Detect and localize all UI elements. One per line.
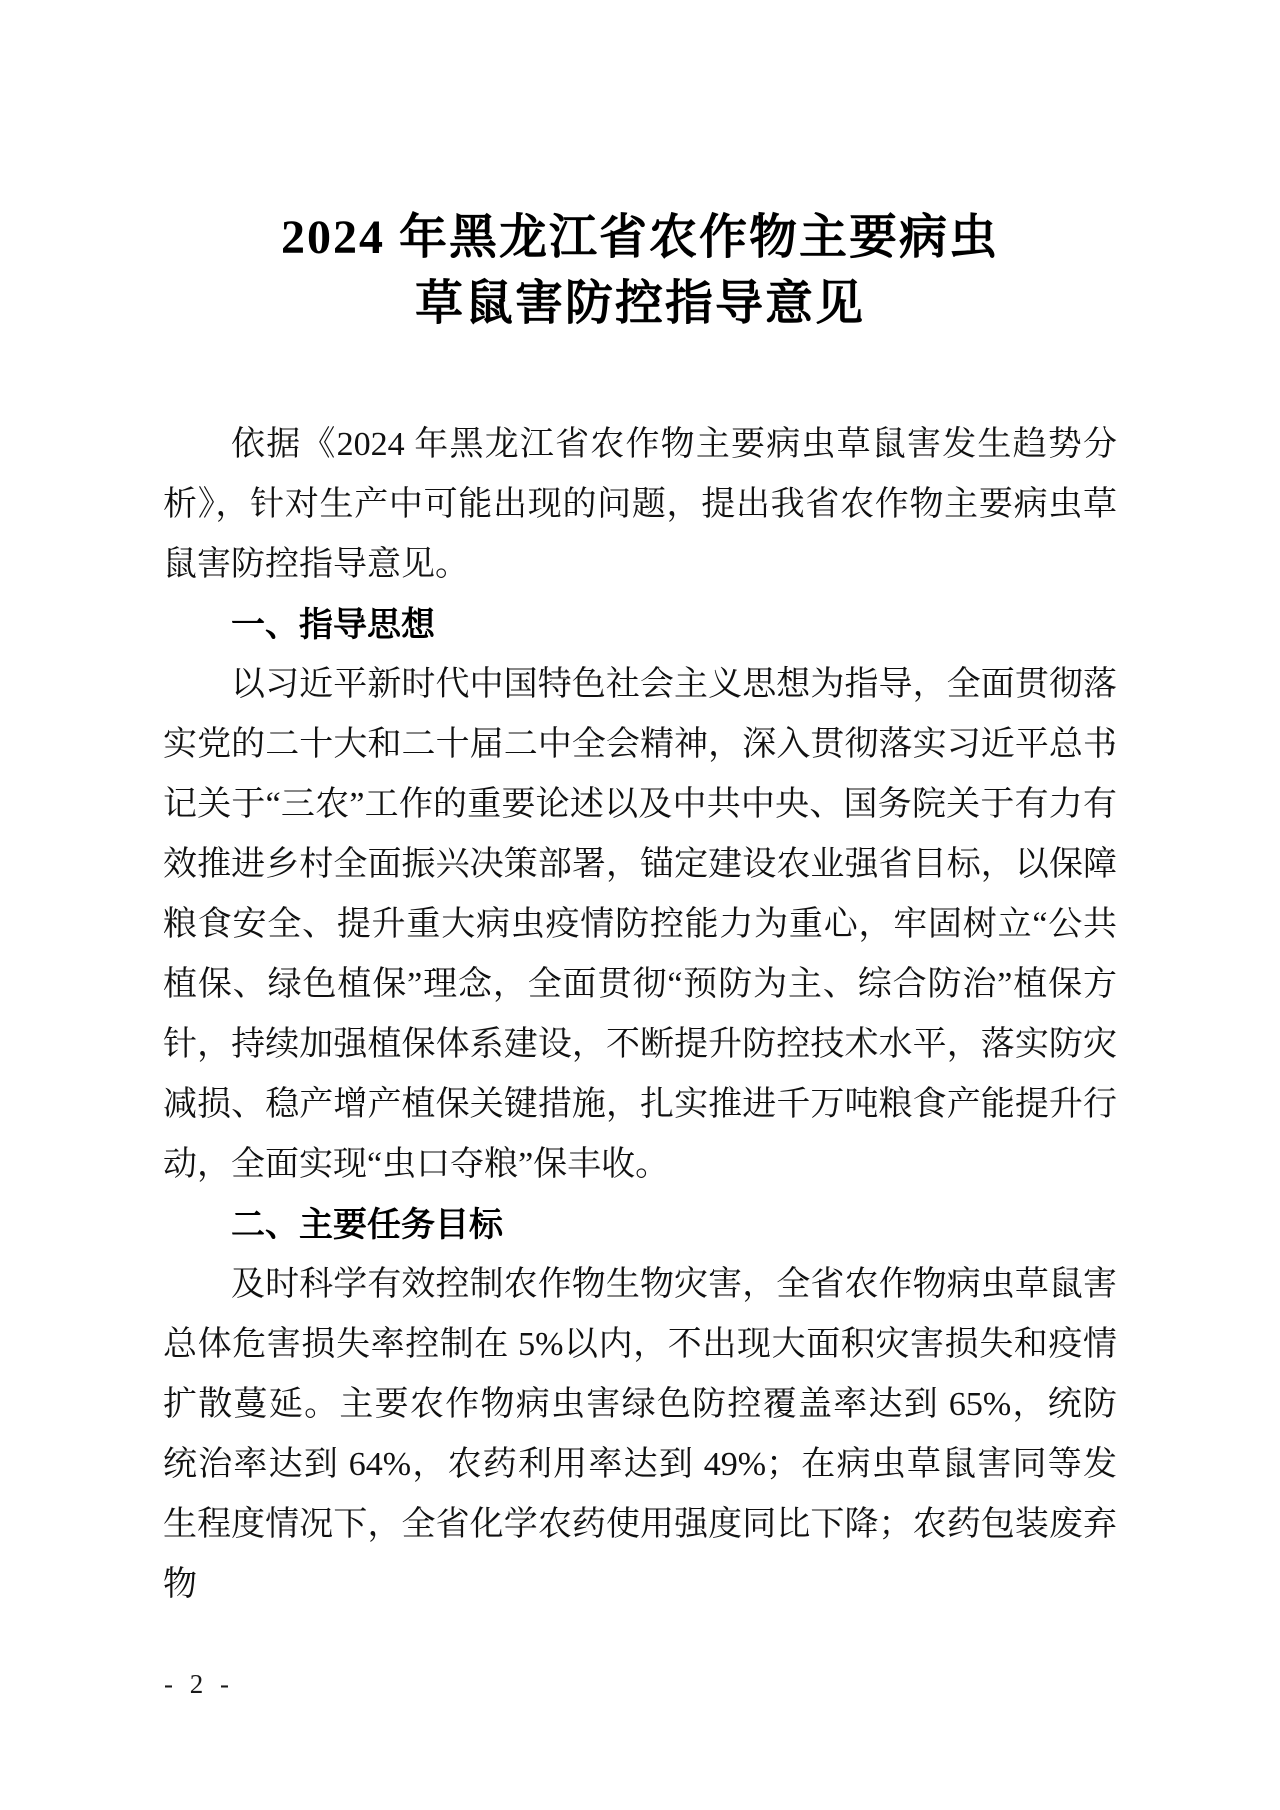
guiding-ideology-paragraph: 以习近平新时代中国特色社会主义思想为指导，全面贯彻落实党的二十大和二十届二中全会… (163, 655, 1117, 1195)
document-title-line-2: 草鼠害防控指导意见 (163, 271, 1117, 337)
document-title: 2024 年黑龙江省农作物主要病虫 草鼠害防控指导意见 (163, 0, 1117, 337)
document-content: 2024 年黑龙江省农作物主要病虫 草鼠害防控指导意见 依据《2024 年黑龙江… (163, 0, 1117, 1615)
main-tasks-paragraph: 及时科学有效控制农作物生物灾害，全省农作物病虫草鼠害总体危害损失率控制在 5%以… (163, 1255, 1117, 1615)
page-number: - 2 - (164, 1664, 234, 1704)
section-heading-2: 二、主要任务目标 (163, 1195, 1117, 1255)
document-page: 2024 年黑龙江省农作物主要病虫 草鼠害防控指导意见 依据《2024 年黑龙江… (0, 0, 1280, 1810)
intro-paragraph: 依据《2024 年黑龙江省农作物主要病虫草鼠害发生趋势分析》，针对生产中可能出现… (163, 415, 1117, 595)
document-title-line-1: 2024 年黑龙江省农作物主要病虫 (163, 205, 1117, 271)
document-body: 依据《2024 年黑龙江省农作物主要病虫草鼠害发生趋势分析》，针对生产中可能出现… (163, 415, 1117, 1615)
section-heading-1: 一、指导思想 (163, 595, 1117, 655)
